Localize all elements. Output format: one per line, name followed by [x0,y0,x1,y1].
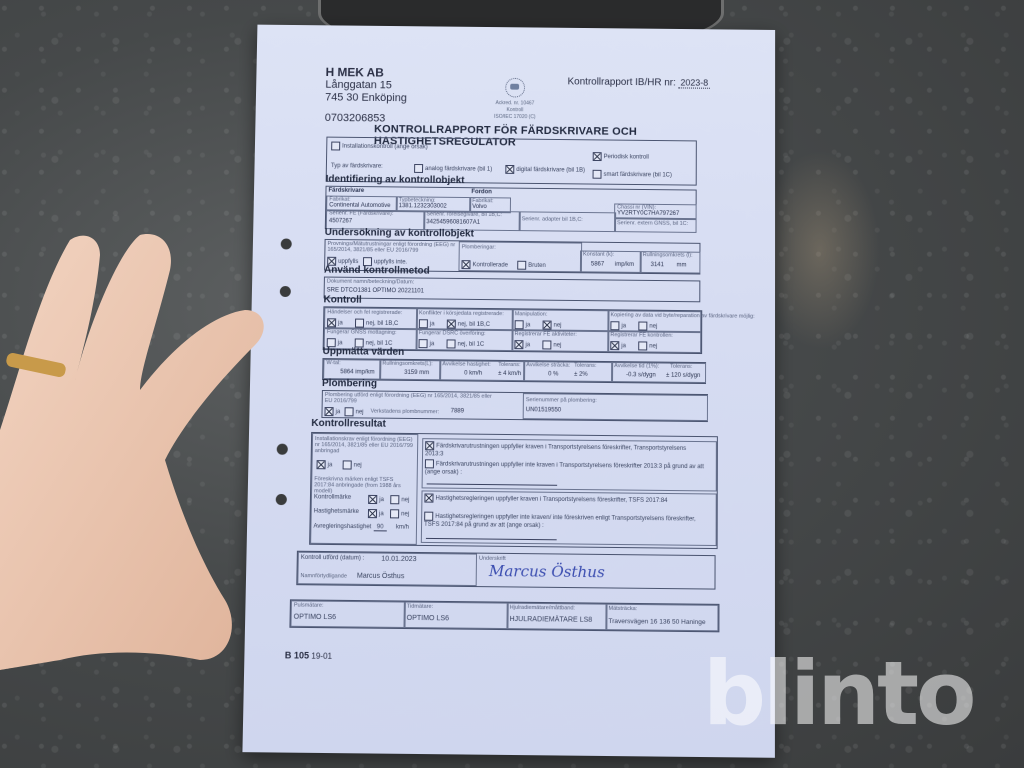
sealing-no-checkbox[interactable] [344,407,353,416]
type-designation-value: 1381.1232303002 [399,203,447,209]
control-mark-no-checkbox[interactable] [390,495,399,504]
report-number-label: Kontrollrapport IB/HR nr: [568,77,676,89]
speed-mark-no-checkbox[interactable] [390,509,399,518]
seal-serial-cell: Serienummer på plombering: UN01519550 [523,393,708,421]
company-name: H MEK AB [326,66,408,80]
control-item: Registrerar FE aktiviteter:janej [511,329,609,352]
pulse-meter-cell: Pulsmätare: OPTIMO LS6 [290,600,405,628]
workshop-seal-label: Verkstadens plombnummer: [371,409,440,416]
tachograph-label: Färdskrivare [328,188,364,194]
periodic-label: Periodisk kontroll [604,154,649,160]
punch-hole [280,286,291,297]
constant-unit: imp/km [615,262,634,268]
control-no-label: nej [649,324,657,330]
dist-dev-label: Avvikelse sträcka: [526,362,570,368]
control-yes-checkbox[interactable] [419,319,428,328]
tacho-result-cell: Färdskrivarutrustningen uppfyller kraven… [422,438,717,491]
control-no-checkbox[interactable] [355,319,364,328]
install-no-checkbox[interactable] [343,460,352,469]
company-street: Långgatan 15 [325,79,407,93]
sealing-box: Plombering utförd enligt förordning (EEG… [321,390,708,422]
tacho-fail-label: Färdskrivarutrustningen uppfyller inte k… [425,461,704,475]
speed-tol-label: Tolerans: [498,362,520,368]
name-label: Namnförtydligande [300,573,347,580]
speed-tol-value: ± 4 km/h [498,371,521,377]
result-box: Installationskrav enligt förordning (EEG… [309,432,718,549]
control-no-label: nej, bil 1B,C [366,321,398,327]
w-label: W-tal: [326,360,340,366]
track-cell: Mätsträcka: Traversvägen 16 136 50 Hanin… [605,604,718,632]
circumference-unit: mm [676,262,686,268]
tacho-ok-label: Färdskrivarutrustningen uppfyller kraven… [425,443,686,457]
tacho-fail-checkbox[interactable] [425,459,434,468]
control-no-label: nej, bil 1B,C [458,322,490,328]
wheel-meter-value: HJULRADIEMÄTARE LS8 [510,616,593,624]
seals-broken-checkbox[interactable] [517,261,526,270]
dist-tol-label: Tolerans: [574,363,596,369]
accreditation-standard: ISO/IEC 17020 (C) [485,114,544,121]
method-doc-value: SRE DTCO1381 OPTIMO 20221101 [327,287,424,294]
control-yes-label: ja [621,343,626,349]
control-item: Fungerar DSRC överföring:janej, bil 1C [416,328,514,351]
speed-mark-yes-label: ja [379,511,384,517]
timer-value: OPTIMO LS6 [407,615,449,623]
control-mark-yes-checkbox[interactable] [368,495,377,504]
seal-serial-value: UN01519550 [526,407,561,413]
sealing-yes-checkbox[interactable] [324,407,333,416]
timer-label: Tidmätare: [407,604,433,610]
report-number-value: 2023-8 [679,78,711,89]
workshop-seal-value: 7889 [451,408,464,414]
watermark-logo: blinto [703,650,974,738]
control-yes-label: ja [526,322,531,328]
control-item-label: Kopiering av data vid byte/reparation av… [610,312,754,319]
limit-speed-value: 90 [374,524,387,531]
method-box: Dokument namn/beteckning/Datum: SRE DTCO… [324,277,701,303]
smart-label: smart färdskrivare (bil 1C) [603,172,671,179]
circumference-cell: Rullningsomkrets (l): 3141 mm [640,251,701,273]
seals-checked-checkbox[interactable] [461,260,470,269]
gnss-label: Serienr. extern GNSS, bil 1C: [617,220,688,227]
install-label: Installationskrav enligt förordning (EEG… [315,436,414,455]
seals-cell: Plomberingar: Kontrollerade Bruten [458,241,582,272]
speed-mark-label: Hastighetsmärke [314,508,359,515]
limiter-ok-checkbox[interactable] [424,493,433,502]
tests-label: Provnings/Mätutrustningar enligt förordn… [327,241,456,254]
control-mark-no-label: nej [401,497,409,503]
company-block: H MEK AB Långgatan 15 745 30 Enköping 07… [325,66,408,125]
speed-dev-value: 0 km/h [464,371,482,377]
digital-checkbox[interactable] [505,165,514,174]
control-yes-checkbox[interactable] [610,341,619,350]
control-no-checkbox[interactable] [447,320,456,329]
accreditation-logo: Ackred. nr. 10467 Kontroll ISO/IEC 17020… [485,78,545,122]
wheel-meter-label: Hjulradiemätare/måttband: [510,605,575,612]
serial-adapter-cell: Serienr. adapter bil 1B,C: [519,211,617,232]
analog-label: analog färdskrivare (bil 1) [425,166,492,173]
measured-box: W-tal: 5864 imp/km Rullningsomkrets(L): … [322,358,706,384]
speed-mark-no-label: nej [401,511,409,517]
control-item: Registrerar FE kontrollen:janej [607,330,701,353]
speed-deviation-cell: Avvikelse hastighet: 0 km/h Tolerans: ± … [439,360,525,381]
control-item-label: Fungerar DSRC överföring: [419,330,486,337]
limit-speed-unit: km/h [396,524,409,530]
time-tol-value: ± 120 s/dygn [666,373,700,379]
w-value-cell: W-tal: 5864 imp/km [323,359,381,380]
l-label: Rullningsomkrets(L): [382,361,432,368]
control-yes-checkbox[interactable] [327,318,336,327]
control-no-label: nej [553,343,561,349]
identification-box: Färdskrivare Fabrikat: Continental Autom… [325,186,697,233]
signoff-left-cell: Kontroll utförd (datum) : 10.01.2023 Nam… [297,552,477,586]
l-value-cell: Rullningsomkrets(L): 3159 mm [379,360,441,381]
pulse-meter-label: Pulsmätare: [294,602,324,608]
vehicle-make-value: Volvo [472,204,487,210]
control-item-label: Manipulation: [515,311,548,317]
swedac-seal-icon [505,78,525,98]
vehicle-make-cell: Fabrikat: Volvo [469,197,511,213]
form-code-version: 19-01 [311,651,332,660]
serial-sensor-value: 34254596081607A1 [426,219,480,225]
control-yes-label: ja [430,341,435,347]
installation-checkbox[interactable] [331,142,340,151]
constant-cell: Konstant (k): 5867 imp/km [580,251,642,273]
dist-dev-value: 0 % [548,371,558,377]
inspection-heading: Undersökning av kontrollobjekt [325,227,474,239]
control-yes-label: ja [621,323,626,329]
control-no-checkbox[interactable] [543,321,552,330]
limiter-reason-line [426,538,557,540]
control-mark-label: Kontrollmärke [314,494,351,500]
control-no-label: nej [649,344,657,350]
timer-cell: Tidmätare: OPTIMO LS6 [403,602,508,630]
seal-serial-label: Serienummer på plombering: [526,397,597,404]
control-item-label: Fungerar GNSS mottagning: [327,329,397,336]
method-heading: Använd kontrollmetod [324,265,430,277]
form-code: B 105 19-01 [285,650,332,661]
sealing-heading: Plombering [322,378,377,390]
time-dev-value: -0.3 s/dygn [626,372,656,378]
vehicle-label: Fordon [471,189,492,195]
serial-fe-value: 4507267 [329,218,352,224]
control-no-label: nej [554,323,562,329]
sealing-label: Plombering utförd enligt förordning (EEG… [325,392,495,406]
constant-label: Konstant (k): [583,252,614,258]
install-yes-checkbox[interactable] [316,460,325,469]
control-item-label: Registrerar FE kontrollen: [610,332,673,339]
install-no-label: nej [354,463,362,469]
limiter-fail-checkbox[interactable] [424,512,433,521]
control-item-label: Händelser och fel registrerade: [327,309,402,316]
gnss-cell: Serienr. extern GNSS, bil 1C: [614,217,697,233]
control-mark-yes-label: ja [379,497,384,503]
control-no-checkbox[interactable] [542,340,551,349]
l-value: 3159 mm [404,370,429,376]
speed-dev-label: Avvikelse hastighet: [442,361,491,367]
marks-label: Föreskrivna märken enligt TSFS 2017:84 a… [314,476,413,495]
method-doc-label: Dokument namn/beteckning/Datum: [327,279,414,286]
sealing-no-label: nej [356,409,364,415]
control-yes-label: ja [338,320,343,326]
name-value: Marcus Östhus [357,573,405,581]
limiter-fail-label: Hastighetsregleringen uppfyller inte kra… [424,514,696,529]
limit-speed-label: Avregleringshastighet [313,524,371,531]
speed-mark-yes-checkbox[interactable] [368,509,377,518]
type-label: Typ av färdskrivare: [331,163,383,169]
report-number: Kontrollrapport IB/HR nr: 2023-8 [568,77,711,89]
w-value: 5864 imp/km [340,369,374,375]
punch-hole [281,238,292,249]
signature: Marcus Östhus [489,562,605,581]
pulse-meter-value: OPTIMO LS6 [294,614,337,622]
tacho-ok-checkbox[interactable] [425,441,434,450]
control-item-label: Konflikter i körsjedata registrerade: [419,310,504,317]
control-no-checkbox[interactable] [446,339,455,348]
make-value: Continental Automotive [329,202,390,209]
time-tol-label: Tolerans: [670,364,692,370]
chassis-value: YV2RTY0C7HA797267 [617,210,679,217]
limiter-result-cell: Hastighetsregleringen uppfyller kraven i… [421,490,717,546]
control-no-checkbox[interactable] [638,341,647,350]
tacho-reason-line [427,483,558,485]
wheel-meter-cell: Hjulradiemätare/måttband: HJULRADIEMÄTAR… [506,603,607,631]
form-code-number: B 105 [285,650,309,660]
seals-checked-label: Kontrollerade [472,262,508,268]
track-value: Traversvägen 16 136 50 Haninge [608,618,705,626]
control-yes-label: ja [430,321,435,327]
time-deviation-cell: Avvikelse tid (1%): -0.3 s/dygn Tolerans… [611,362,706,383]
circumference-value: 3141 [651,262,664,268]
control-yes-checkbox[interactable] [610,321,619,330]
track-label: Mätsträcka: [608,606,637,612]
constant-value: 5867 [591,261,604,267]
digital-label: digital färdskrivare (bil 1B) [516,167,585,174]
dist-tol-value: ± 2% [574,372,588,378]
equipment-box: Pulsmätare: OPTIMO LS6 Tidmätare: OPTIMO… [289,599,719,632]
hand-image [0,230,270,670]
distance-deviation-cell: Avvikelse sträcka: 0 % Tolerans: ± 2% [523,361,613,382]
result-left-cell: Installationskrav enligt förordning (EEG… [310,433,418,545]
company-city: 745 30 Enköping [325,92,407,106]
sealing-yes-label: ja [335,409,340,415]
measured-heading: Uppmätta värden [323,346,405,358]
punch-hole [276,494,287,505]
report-document: H MEK AB Långgatan 15 745 30 Enköping 07… [242,25,775,758]
result-heading: Kontrollresultat [311,418,386,430]
control-yes-label: ja [525,342,530,348]
control-yes-checkbox[interactable] [419,339,428,348]
serial-fe-label: Serienr. FE (Färdskrivare): [329,210,393,217]
smart-checkbox[interactable] [593,170,602,179]
time-dev-label: Avvikelse tid (1%): [614,363,659,369]
control-yes-checkbox[interactable] [515,320,524,329]
install-yes-label: ja [328,462,333,468]
background-stain [760,150,880,350]
date-label: Kontroll utförd (datum) : [301,555,365,562]
date-value: 10.01.2023 [381,556,416,563]
punch-hole [277,444,288,455]
control-heading: Kontroll [323,294,361,305]
seals-broken-label: Bruten [528,263,546,269]
control-yes-checkbox[interactable] [514,340,523,349]
limiter-ok-label: Hastighetsregleringen uppfyller kraven i… [435,496,667,504]
serial-adapter-label: Serienr. adapter bil 1B,C: [522,216,583,223]
control-item-label: Registrerar FE aktiviteter: [515,331,577,338]
periodic-checkbox[interactable] [593,152,602,161]
control-no-checkbox[interactable] [638,322,647,331]
seals-label: Plomberingar: [462,244,496,250]
circumference-label: Rullningsomkrets (l): [643,252,693,258]
analog-checkbox[interactable] [414,164,423,173]
signoff-box: Kontroll utförd (datum) : 10.01.2023 Nam… [296,551,715,590]
control-no-label: nej, bil 1C [457,342,484,348]
identification-heading: Identifiering av kontrollobjekt [326,174,465,186]
installation-label: Installationskontroll (ange orsak) [342,144,428,151]
